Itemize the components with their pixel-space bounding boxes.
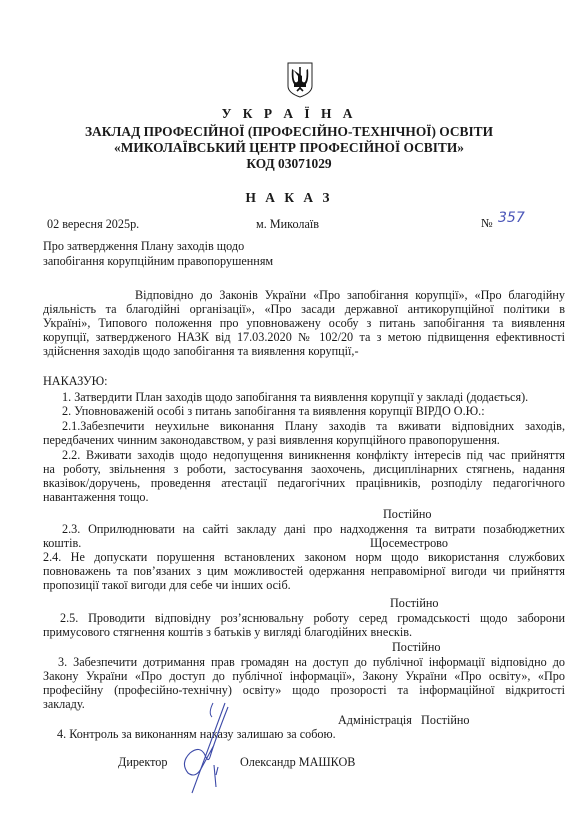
order-date: 02 вересня 2025р. [47, 217, 139, 231]
institution-name-line1: ЗАКЛАД ПРОФЕСІЙНОЇ (ПРОФЕСІЙНО-ТЕХНІЧНОЇ… [0, 124, 578, 140]
handwritten-signature-icon [170, 695, 250, 800]
subject-line2: запобігання корупційним правопорушенням [43, 254, 273, 268]
trident-coat-of-arms-icon [287, 62, 313, 98]
institution-code: КОД 03071029 [0, 156, 578, 172]
institution-name-line2: «МИКОЛАЇВСЬКИЙ ЦЕНТР ПРОФЕСІЙНОЇ ОСВІТИ» [0, 140, 578, 156]
item-2-3-term: Щосеместрово [370, 536, 448, 550]
order-number-sign: № [481, 216, 493, 230]
order-word: НАКАЗУЮ: [43, 374, 108, 388]
item-2-4-term: Постійно [390, 596, 438, 610]
item-2-2-line: 2.2. Вживати заходів щодо недопущення ви… [62, 448, 565, 462]
preamble-line: здійснення заходів щодо запобігання та в… [43, 344, 359, 358]
item-2-4-line: 2.4. Не допускати порушення встановлених… [43, 550, 565, 564]
item-3-line: 3. Забезпечити дотримання прав громадян … [58, 655, 565, 669]
item-2-1-line: 2.1.Забезпечити неухильне виконання План… [62, 419, 565, 433]
item-3-line: закладу. [43, 697, 85, 711]
item-2-2-term: Постійно [383, 507, 431, 521]
order-number-handwritten: 357 [498, 211, 525, 225]
item-2-2-line: навантаження тощо. [43, 490, 149, 504]
preamble-line: корупції, затвердженого НАЗК від 17.03.2… [43, 330, 565, 344]
preamble-line: Україні», Типового положення про уповнов… [43, 316, 565, 330]
item-2-5-term: Постійно [392, 640, 440, 654]
preamble-line: діяльність та благодійні організації», «… [43, 302, 565, 316]
item-2-2-line: на роботу, звільнення з роботи, застосув… [43, 462, 565, 476]
signatory-name: Олександр МАШКОВ [240, 755, 355, 769]
item-2: 2. Уповноваженій особі з питань запобіга… [62, 404, 485, 418]
item-2-3-line: коштів. [43, 536, 81, 550]
item-2-3-line: 2.3. Оприлюднювати на сайті закладу дані… [62, 522, 565, 536]
item-2-4-line: повноважень та пов’язаних з цим можливос… [43, 564, 565, 578]
subject-line1: Про затвердження Плану заходів щодо [43, 239, 244, 253]
item-1: 1. Затвердити План заходів щодо запобіга… [62, 390, 528, 404]
order-city: м. Миколаїв [256, 217, 319, 231]
item-2-5-line: примусового стягнення коштів з батьків у… [43, 625, 412, 639]
item-2-1-line: передбачених чинним законодавством, у ра… [43, 433, 500, 447]
country-name: У К Р А Ї Н А [0, 106, 578, 122]
order-title: Н А К А З [0, 190, 578, 206]
signatory-position: Директор [118, 755, 167, 769]
item-3-line: професійну (професійно-технічну) освіту»… [43, 683, 565, 697]
preamble-line: Відповідно до Законів України «Про запоб… [135, 288, 565, 302]
item-2-2-line: вказівок/доручень, проведення атестації … [43, 476, 565, 490]
item-3-line: Закону України «Про доступ до публічної … [43, 669, 565, 683]
order-document: У К Р А Ї Н А ЗАКЛАД ПРОФЕСІЙНОЇ (ПРОФЕС… [0, 0, 578, 824]
item-2-5-line: 2.5. Проводити відповідну роз’яснювальну… [60, 611, 565, 625]
item-2-4-line: пропозиції такої вигоди для себе чи інши… [43, 578, 291, 592]
item-3-term: Адміністрація Постійно [338, 713, 470, 727]
